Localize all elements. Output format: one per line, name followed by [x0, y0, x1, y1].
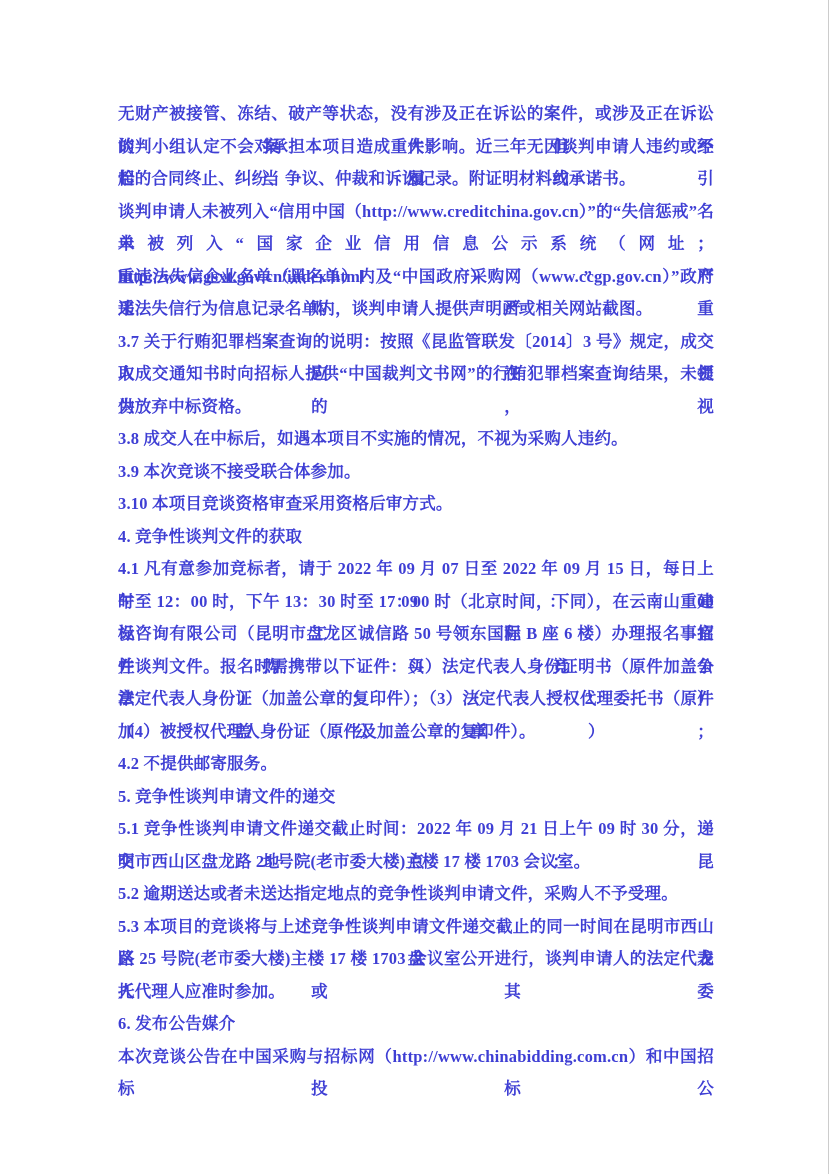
- text-line: 谈判小组认定不会对承担本项目造成重大影响。近三年无因谈判申请人违约或不恰当履约引: [118, 131, 714, 164]
- text-line: 5. 竞争性谈判申请文件的递交: [118, 781, 714, 814]
- text-line: 重违法失信企业名单（黑名单）内及“中国政府采购网（www.ccgp.gov.cn…: [118, 261, 714, 294]
- document-page: 无财产被接管、冻结、破产等状态，没有涉及正在诉讼的案件，或涉及正在诉讼的案件但经…: [0, 0, 831, 1174]
- scan-edge-line: [828, 0, 829, 1174]
- text-line: 4.2 不提供邮寄服务。: [118, 748, 714, 781]
- text-line: 标咨询有限公司（昆明市盘龙区诚信路 50 号领东国际 B 座 6 楼）办理报名事…: [118, 618, 714, 651]
- text-line: 4. 竞争性谈判文件的获取: [118, 521, 714, 554]
- text-line: 3.9 本次竞谈不接受联合体参加。: [118, 456, 714, 489]
- text-line: 无财产被接管、冻结、破产等状态，没有涉及正在诉讼的案件，或涉及正在诉讼的案件但经: [118, 98, 714, 131]
- text-line: 时至 12：00 时，下午 13：30 时至 17：00 时（北京时间，下同），…: [118, 586, 714, 619]
- text-line: 违法失信行为信息记录名单内，谈判申请人提供声明函或相关网站截图。: [118, 293, 714, 326]
- text-line: 谈判申请人未被列入“信用中国（http://www.creditchina.go…: [118, 196, 714, 229]
- text-line: 法定代表人身份证（加盖公章的复印件）；（3）法定代表人授权代理委托书（原件加盖公…: [118, 683, 714, 716]
- text-line: 起的合同终止、纠纷、争议、仲裁和诉讼记录。附证明材料或承诺书。: [118, 163, 714, 196]
- text-line: 3.8 成交人在中标后，如遇本项目不实施的情况，不视为采购人违约。: [118, 423, 714, 456]
- text-line: 4.1 凡有意参加竞标者，请于 2022 年 09 月 07 日至 2022 年…: [118, 553, 714, 586]
- text-line: 5.3 本项目的竞谈将与上述竞争性谈判申请文件递交截止的同一时间在昆明市西山区盘…: [118, 911, 714, 944]
- text-line: 路 25 号院(老市委大楼)主楼 17 楼 1703 会议室公开进行，谈判申请人…: [118, 943, 714, 976]
- text-line: 取成交通知书时向招标人提供“中国裁判文书网”的行贿犯罪档案查询结果，未提供的，视: [118, 358, 714, 391]
- text-line: 6. 发布公告媒介: [118, 1008, 714, 1041]
- text-line: 本次竞谈公告在中国采购与招标网（http://www.chinabidding.…: [118, 1041, 714, 1074]
- text-line: 未被列入“国家企业信用信息公示系统（网址：http://www.gsxt.gov…: [118, 228, 714, 261]
- text-line: 3.7 关于行贿犯罪档案查询的说明：按照《昆监管联发〔2014〕3 号》规定，成…: [118, 326, 714, 359]
- text-line: 5.2 逾期送达或者未送达指定地点的竞争性谈判申请文件，采购人不予受理。: [118, 878, 714, 911]
- document-body: 无财产被接管、冻结、破产等状态，没有涉及正在诉讼的案件，或涉及正在诉讼的案件但经…: [118, 98, 714, 1073]
- text-line: 3.10 本项目竞谈资格审查采用资格后审方式。: [118, 488, 714, 521]
- text-line: 性谈判文件。报名时需携带以下证件：（1）法定代表人身份证明书（原件加盖公章）；（…: [118, 651, 714, 684]
- text-line: 5.1 竞争性谈判申请文件递交截止时间：2022 年 09 月 21 日上午 0…: [118, 813, 714, 846]
